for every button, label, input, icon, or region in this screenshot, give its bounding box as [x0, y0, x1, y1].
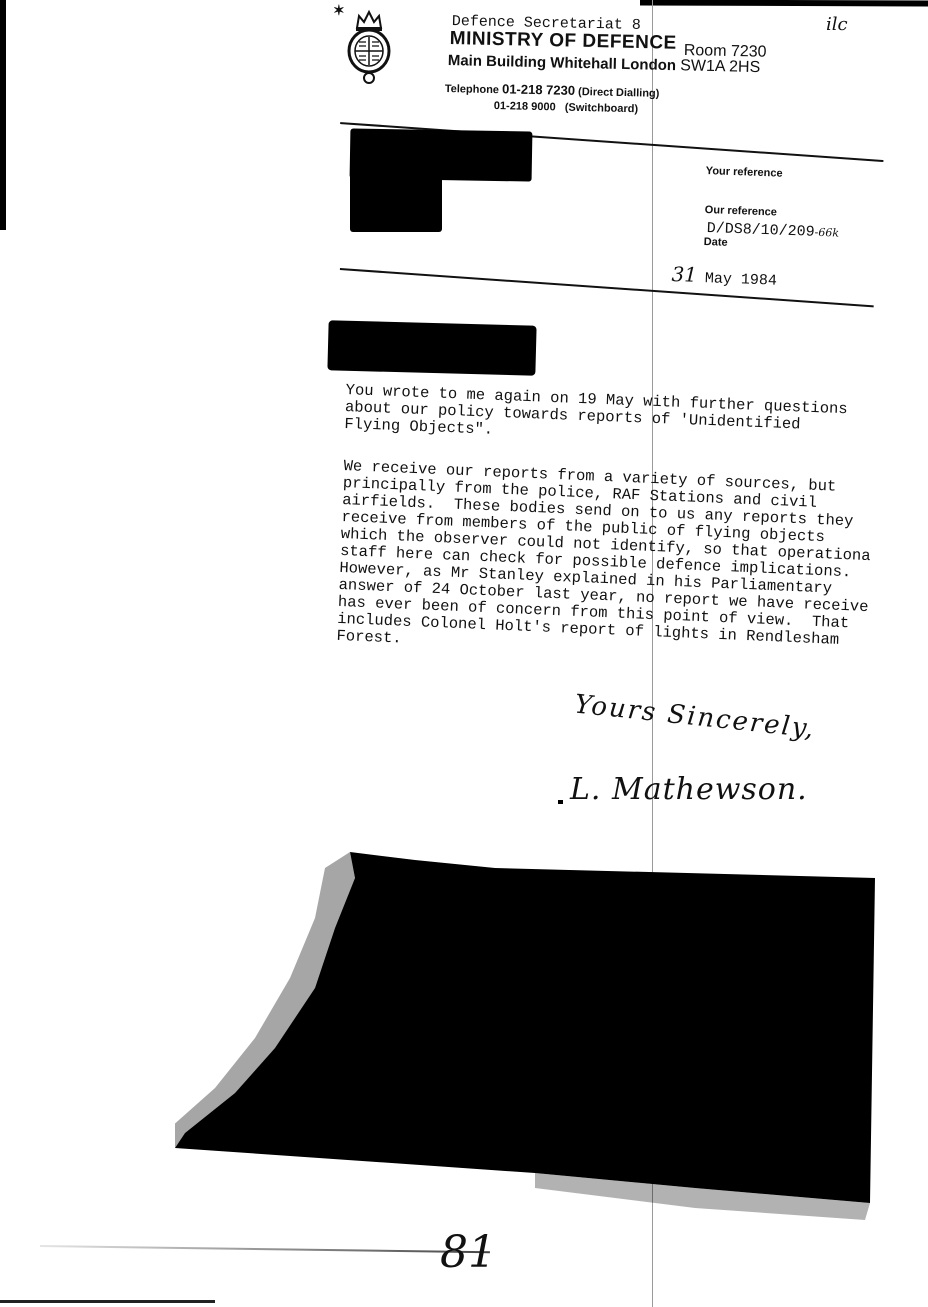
date-month-year: May 1984 — [705, 270, 778, 290]
telephone-direct: Telephone 01-218 7230 (Direct Dialling) — [445, 80, 660, 100]
redacted-recipient-address-lower — [350, 170, 442, 232]
direct-number: 01-218 7230 — [502, 81, 575, 98]
date-value: 31May 1984 — [671, 262, 777, 290]
switchboard-number: 01-218 9000 — [494, 100, 556, 113]
bird-mark-icon: ✶ — [333, 2, 345, 19]
body-paragraph-2: We receive our reports from a variety of… — [336, 458, 874, 667]
scan-edge-bottom — [0, 1300, 215, 1303]
ministry-name: MINISTRY OF DEFENCE — [450, 28, 677, 55]
date-label: Date — [704, 236, 728, 249]
redacted-salutation — [327, 320, 536, 375]
signature-dot — [558, 800, 563, 804]
our-reference-label: Our reference — [705, 204, 778, 219]
your-reference-label: Your reference — [706, 165, 783, 180]
telephone-label: Telephone — [445, 83, 499, 96]
royal-crest-icon — [345, 6, 393, 86]
address-street: Main Building Whitehall London — [448, 52, 677, 74]
date-day-handwritten: 31 — [671, 262, 697, 287]
file-mark-handwritten: ilc — [826, 14, 848, 35]
scan-edge-left — [0, 0, 6, 230]
signature-name: L. Mathewson. — [570, 772, 808, 807]
scan-edge-top — [640, 0, 928, 7]
page-number-line — [40, 1245, 490, 1253]
telephone-switchboard: 01-218 9000 (Switchboard) — [494, 100, 639, 115]
direct-label: (Direct Dialling) — [578, 86, 660, 100]
switchboard-label: (Switchboard) — [565, 102, 639, 116]
reference-rule — [340, 268, 874, 307]
page-number-handwritten: 81 — [440, 1227, 496, 1278]
signature-closing: Yours Sincerely, — [573, 689, 817, 744]
redacted-footer-block — [175, 848, 875, 1228]
address-postcode: SW1A 2HS — [680, 57, 760, 76]
our-reference-suffix: -66k — [814, 226, 839, 240]
body-paragraph-1: You wrote to me again on 19 May with fur… — [344, 382, 848, 452]
